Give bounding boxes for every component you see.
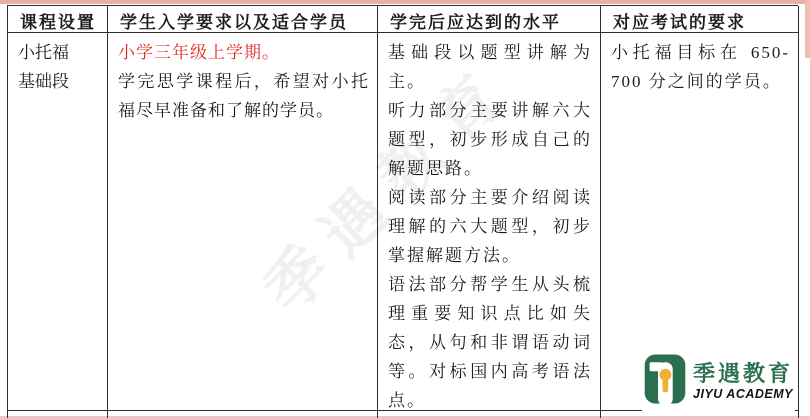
jiyu-logo-english-name: JIYU ACADEMY [693,388,793,401]
requirement-highlight-text: 小学三年级上学期。 [118,38,369,67]
exam-requirement-text: 小托福目标在 650-700 分之间的学员。 [611,38,790,96]
header-course-setup: 课程设置 [8,6,108,33]
course-line-1: 小托福 [18,38,99,67]
top-edge-strip [0,0,810,4]
level-paragraph-2: 听力部分主要讲解六大题型，初步形成自己的解题思路。 [388,96,592,183]
next-row-stub-1 [8,411,108,418]
jiyu-logo: 季遇教育 JIYU ACADEMY [642,351,795,412]
cell-course-name: 小托福 基础段 [8,33,108,411]
jiyu-logo-chinese-name: 季遇教育 [693,363,793,385]
course-line-2: 基础段 [18,67,99,96]
cell-entry-requirements: 小学三年级上学期。 学完思学课程后，希望对小托福尽早准备和了解的学员。 [108,33,378,411]
next-row-stub-4 [601,411,799,418]
requirement-body-text: 学完思学课程后，希望对小托福尽早准备和了解的学员。 [118,67,369,125]
level-paragraph-3: 阅读部分主要介绍阅读理解的六大题型，初步掌握解题方法。 [388,183,592,270]
next-row-stub-2 [108,411,378,418]
header-entry-requirements: 学生入学要求以及适合学员 [108,6,378,33]
document-page: 季遇教育 课程设置 学生入学要求以及适合学员 学完后应达到的水平 对应考试的要求… [0,0,810,418]
jiyu-logo-icon [644,352,686,411]
header-exam-requirements: 对应考试的要求 [601,6,799,33]
jiyu-logo-text: 季遇教育 JIYU ACADEMY [693,363,793,401]
level-paragraph-4: 语法部分帮学生从头梳理重要知识点比如失态，从句和非谓语动词等。对标国内高考语法点… [388,270,592,411]
level-paragraph-1: 基础段以题型讲解为主。 [388,38,592,96]
header-target-level: 学完后应达到的水平 [378,6,601,33]
next-row-stub-3 [378,411,601,418]
right-edge-strip [805,0,810,58]
cell-target-level: 基础段以题型讲解为主。 听力部分主要讲解六大题型，初步形成自己的解题思路。 阅读… [378,33,601,411]
